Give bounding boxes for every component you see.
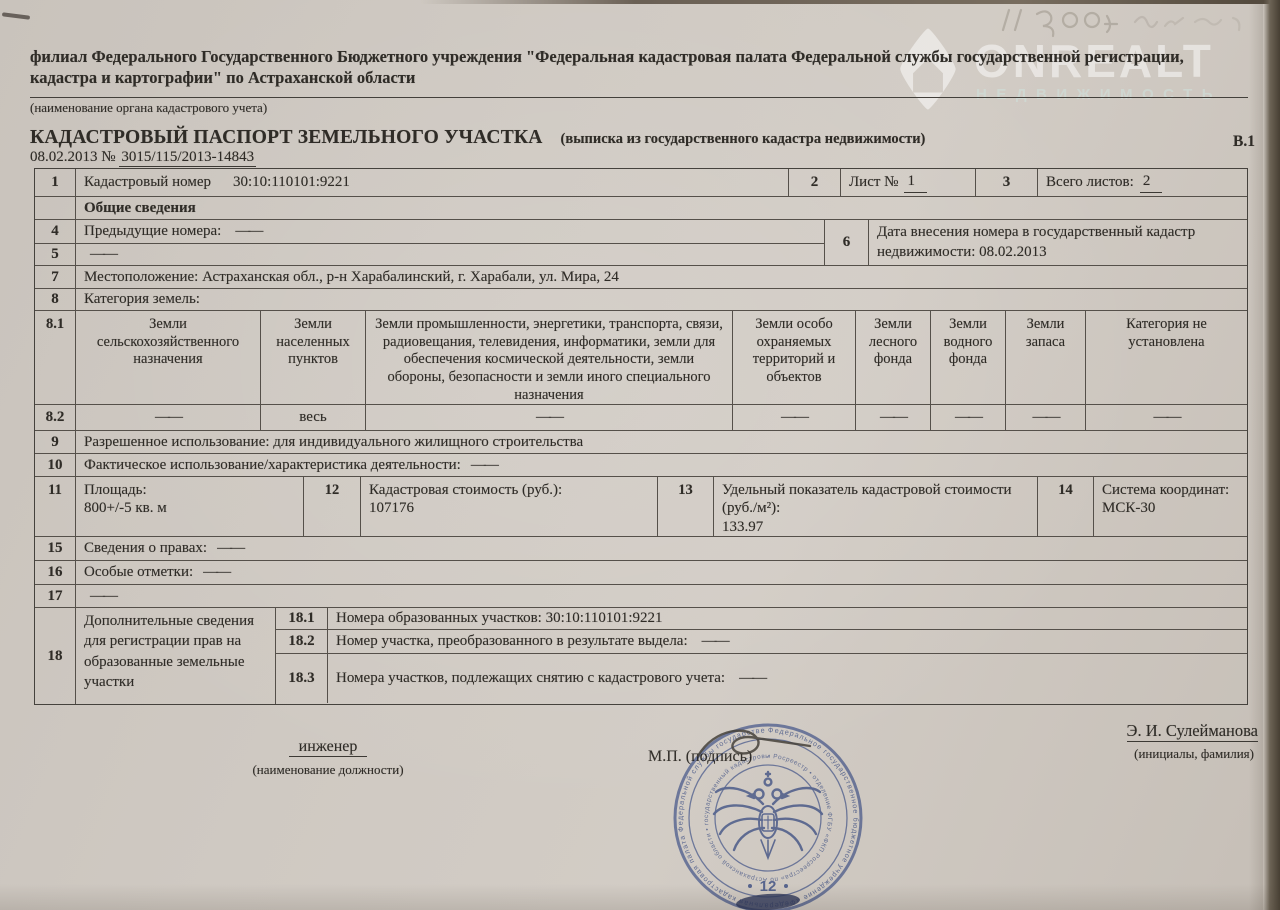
category-val-forest: —— <box>856 405 931 430</box>
document-photo: { "colors": { "paper": "#cfc9c2", "ink":… <box>0 0 1280 910</box>
cadastral-number-cell: Кадастровый номер 30:10:110101:9221 <box>76 169 789 196</box>
row-10-num: 10 <box>35 454 76 476</box>
removal-parcels-value: —— <box>739 669 765 687</box>
special-notes-cell: Особые отметки: —— <box>76 561 1247 584</box>
doc-title: КАДАСТРОВЫЙ ПАСПОРТ ЗЕМЕЛЬНОГО УЧАСТКА <box>30 127 543 148</box>
row-9: 9 Разрешенное использование: для индивид… <box>35 431 1247 454</box>
row-8-num: 8 <box>35 289 76 310</box>
category-val-water: —— <box>931 405 1006 430</box>
cadastral-number-label: Кадастровый номер <box>84 173 211 191</box>
row-5-cell: —— <box>76 244 824 265</box>
row-18-label: Дополнительные сведения для регистрации … <box>76 608 276 704</box>
row-1-num: 1 <box>35 169 76 196</box>
row-7-num: 7 <box>35 266 76 288</box>
signer-name: Э. И. Сулейманова <box>1127 721 1258 742</box>
category-val-reserve: —— <box>1006 405 1086 430</box>
area-value: 800+/-5 кв. м <box>84 500 167 516</box>
row-8-2-num: 8.2 <box>35 405 76 430</box>
row-8-1-num: 8.1 <box>35 311 76 404</box>
coord-system-cell: Система координат: МСК-30 <box>1094 477 1247 536</box>
row-12-num: 12 <box>304 477 361 536</box>
photo-bottom-shade <box>0 884 1280 910</box>
rows-11-14: 11 Площадь: 800+/-5 кв. м 12 Кадастровая… <box>35 477 1247 537</box>
category-val-protected: —— <box>733 405 856 430</box>
row-17-num: 17 <box>35 585 76 607</box>
area-cell: Площадь: 800+/-5 кв. м <box>76 477 304 536</box>
transformed-parcel-label: Номер участка, преобразованного в резуль… <box>336 632 688 650</box>
category-col-industry: Земли промышленности, энергетики, трансп… <box>366 311 733 404</box>
category-col-protected: Земли особо охраняемых территорий и объе… <box>733 311 856 404</box>
row-18-1-num: 18.1 <box>276 608 328 629</box>
row-14-num: 14 <box>1038 477 1094 536</box>
category-col-reserve: Земли запаса <box>1006 311 1086 404</box>
row-1: 1 Кадастровый номер 30:10:110101:9221 2 … <box>35 169 1247 197</box>
doc-date-line: 08.02.2013 № 3015/115/2013-14843 <box>30 149 256 166</box>
ink-mark <box>2 12 30 19</box>
photo-right-edge <box>1263 0 1280 910</box>
doc-number: 3015/115/2013-14843 <box>119 149 256 167</box>
area-label: Площадь: <box>84 482 147 498</box>
row-4-num: 4 <box>35 220 76 243</box>
doc-subtitle: (выписка из государственного кадастра не… <box>561 131 926 147</box>
previous-numbers-label: Предыдущие номера: <box>84 222 221 240</box>
row-8-1: 8.1 Земли сельскохозяйственного назначен… <box>35 311 1247 405</box>
row-11-num: 11 <box>35 477 76 536</box>
cadastral-cost-value: 107176 <box>369 500 414 516</box>
stamp-number: 12 <box>760 878 777 895</box>
removal-parcels-cell: Номера участков, подлежащих снятию с кад… <box>328 654 1247 703</box>
row-9-num: 9 <box>35 431 76 453</box>
category-val-unset: —— <box>1086 405 1247 430</box>
category-val-settlements: весь <box>261 405 366 430</box>
sheet-value: 1 <box>904 172 927 192</box>
doc-date: 08.02.2013 № <box>30 149 116 165</box>
org-name: филиал Федерального Государственного Бюд… <box>30 46 1185 88</box>
category-col-agricultural: Земли сельскохозяйственного назначения <box>76 311 261 404</box>
position-caption: (наименование должности) <box>238 762 418 778</box>
total-sheets-value: 2 <box>1140 172 1163 192</box>
row-8-2: 8.2 —— весь —— —— —— —— —— —— <box>35 405 1247 431</box>
transformed-parcel-value: —— <box>702 632 728 650</box>
formed-parcels-cell: Номера образованных участков: 30:10:1101… <box>328 608 1247 629</box>
category-col-settlements: Земли населенных пунктов <box>261 311 366 404</box>
cadastral-cost-cell: Кадастровая стоимость (руб.): 107176 <box>361 477 658 536</box>
row-18-num: 18 <box>35 608 76 704</box>
general-section-row: Общие сведения <box>35 197 1247 220</box>
org-caption: (наименование органа кадастрового учета) <box>30 100 1248 116</box>
entry-date-cell: Дата внесения номера в государственный к… <box>869 220 1247 265</box>
total-sheets-cell: Всего листов: 2 <box>1038 169 1247 196</box>
handwritten-note <box>985 2 1265 44</box>
row-6-num: 6 <box>824 220 869 265</box>
row-18-3-num: 18.3 <box>276 654 328 703</box>
row-17-cell: —— <box>76 585 1247 607</box>
row-7: 7 Местоположение: Астраханская обл., р-н… <box>35 266 1247 289</box>
unit-cost-label: Удельный показатель кадастровой стоимост… <box>722 482 1012 516</box>
cadastral-number-value: 30:10:110101:9221 <box>233 173 350 191</box>
rows-4-5-6: 4 Предыдущие номера: —— 5 —— 6 Дата внес… <box>35 220 1247 266</box>
rights-label: Сведения о правах: <box>84 539 207 557</box>
row-5-num: 5 <box>35 244 76 265</box>
row-1-num2: 2 <box>789 169 841 196</box>
row-16-num: 16 <box>35 561 76 584</box>
category-col-water: Земли водного фонда <box>931 311 1006 404</box>
category-col-forest: Земли лесного фонда <box>856 311 931 404</box>
category-val-agricultural: —— <box>76 405 261 430</box>
location-cell: Местоположение: Астраханская обл., р-н Х… <box>76 266 1247 288</box>
permitted-use-cell: Разрешенное использование: для индивидуа… <box>76 431 1247 453</box>
cadastral-table: 1 Кадастровый номер 30:10:110101:9221 2 … <box>34 168 1248 705</box>
cadastral-cost-label: Кадастровая стоимость (руб.): <box>369 482 562 498</box>
category-val-industry: —— <box>366 405 733 430</box>
signature-stroke <box>692 724 822 768</box>
category-col-unset: Категория не установлена <box>1086 311 1247 404</box>
coord-system-value: МСК-30 <box>1102 500 1155 516</box>
sheet-label: Лист № <box>849 173 898 191</box>
unit-cost-cell: Удельный показатель кадастровой стоимост… <box>714 477 1038 536</box>
row-17: 17 —— <box>35 585 1247 608</box>
double-eagle-icon <box>714 772 822 858</box>
actual-use-label: Фактическое использование/характеристика… <box>84 456 461 474</box>
row-13-num: 13 <box>658 477 714 536</box>
signer-caption: (инициалы, фамилия) <box>1060 746 1254 762</box>
row-8: 8 Категория земель: <box>35 289 1247 311</box>
total-sheets-label: Всего листов: <box>1046 173 1134 191</box>
header-rule <box>30 97 1248 98</box>
actual-use-cell: Фактическое использование/характеристика… <box>76 454 1247 476</box>
sheet-cell: Лист № 1 <box>841 169 976 196</box>
rights-cell: Сведения о правах: —— <box>76 537 1247 560</box>
general-section-numcell <box>35 197 76 219</box>
actual-use-value: —— <box>471 456 497 474</box>
row-18: 18 Дополнительные сведения для регистрац… <box>35 608 1247 704</box>
position-title: инженер <box>289 738 368 757</box>
previous-numbers-value: —— <box>235 222 261 240</box>
coord-system-label: Система координат: <box>1102 482 1229 498</box>
unit-cost-value: 133.97 <box>722 519 763 535</box>
rights-value: —— <box>217 539 243 557</box>
transformed-parcel-cell: Номер участка, преобразованного в резуль… <box>328 630 1247 653</box>
form-code: В.1 <box>1233 133 1255 151</box>
removal-parcels-label: Номера участков, подлежащих снятию с кад… <box>336 669 725 687</box>
land-category-cell: Категория земель: <box>76 289 1247 310</box>
row-16: 16 Особые отметки: —— <box>35 561 1247 585</box>
row-10: 10 Фактическое использование/характерист… <box>35 454 1247 477</box>
row-18-2-num: 18.2 <box>276 630 328 653</box>
special-notes-label: Особые отметки: <box>84 563 193 581</box>
row-15-num: 15 <box>35 537 76 560</box>
special-notes-value: —— <box>203 563 229 581</box>
row-1-num3: 3 <box>976 169 1038 196</box>
row-17-value: —— <box>90 587 116 605</box>
row-5-value: —— <box>90 245 116 263</box>
row-15: 15 Сведения о правах: —— <box>35 537 1247 561</box>
previous-numbers-cell: Предыдущие номера: —— <box>76 220 824 243</box>
general-section-title: Общие сведения <box>76 197 1247 219</box>
